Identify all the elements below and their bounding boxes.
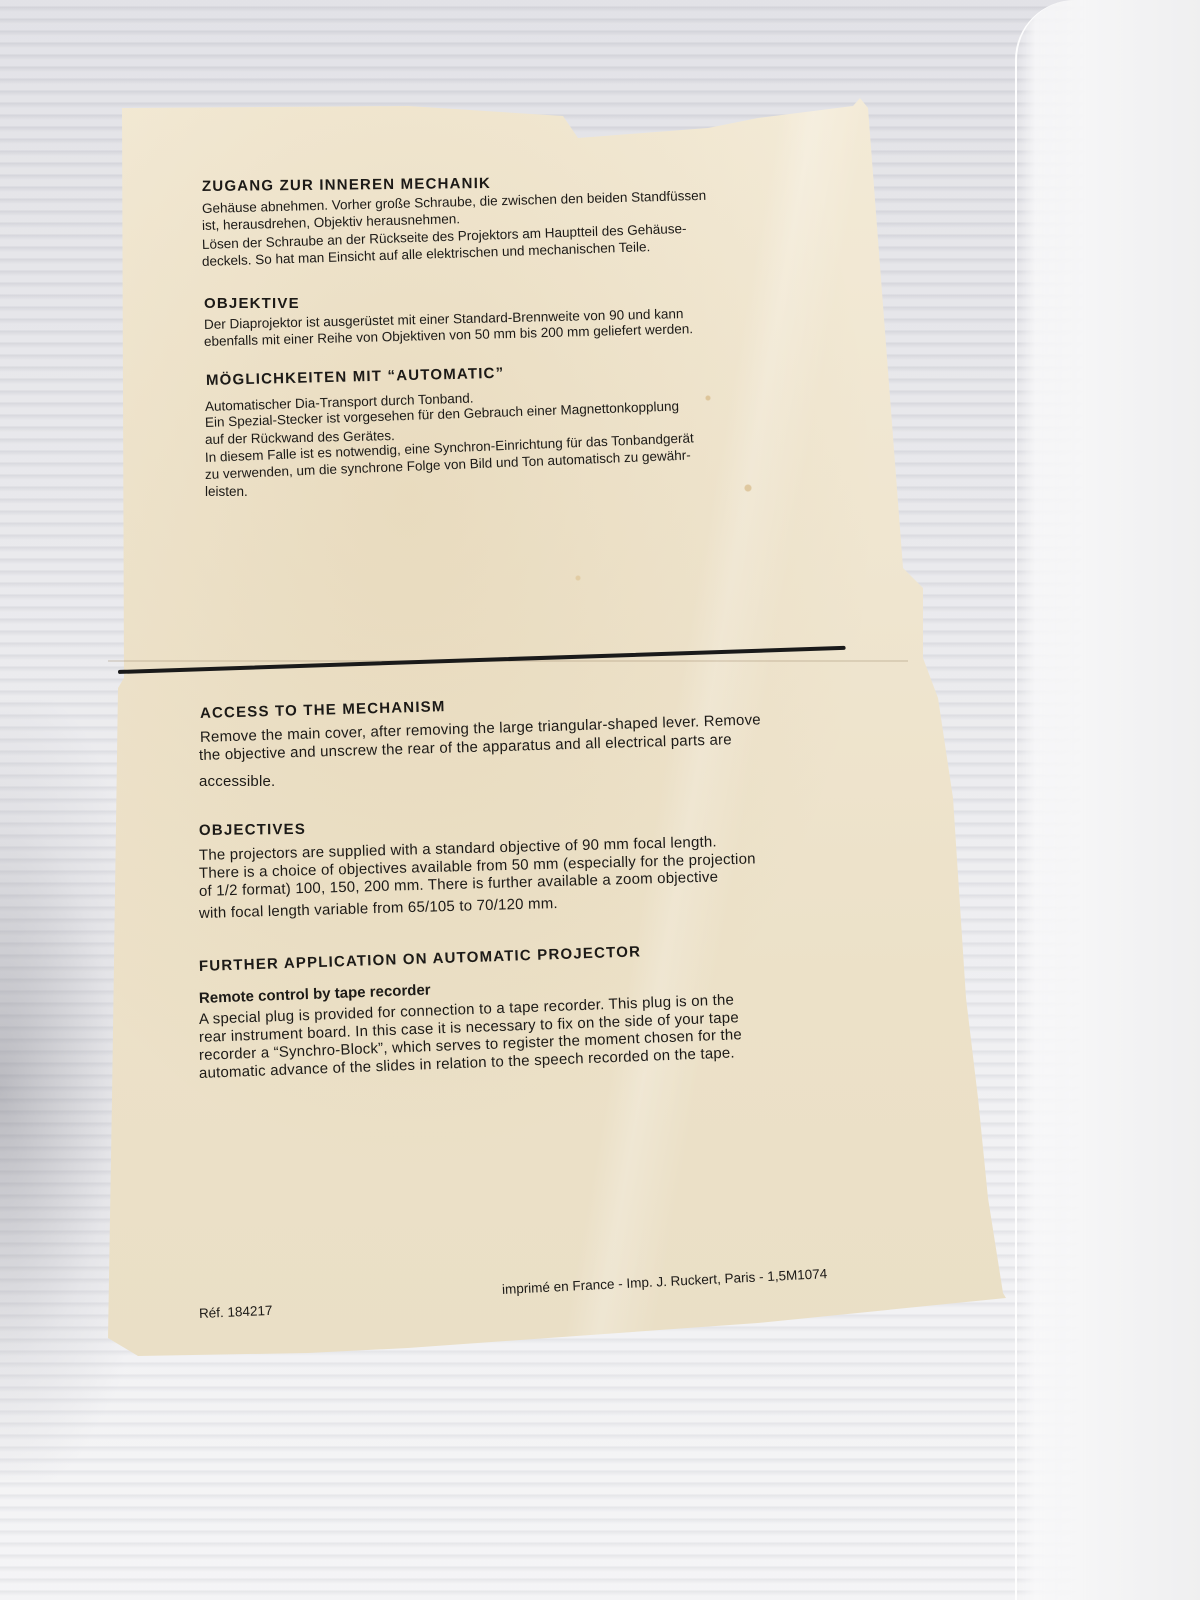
container-edge <box>1015 0 1200 1600</box>
section-heading-objektive: OBJEKTIVE <box>204 295 300 312</box>
section-heading-objectives: OBJECTIVES <box>199 821 306 839</box>
text-line: accessible. <box>199 772 275 791</box>
reference-number: Réf. 184217 <box>199 1303 273 1321</box>
section-heading-zugang: ZUGANG ZUR INNEREN MECHANIK <box>202 175 491 195</box>
text-line: leisten. <box>205 483 248 500</box>
